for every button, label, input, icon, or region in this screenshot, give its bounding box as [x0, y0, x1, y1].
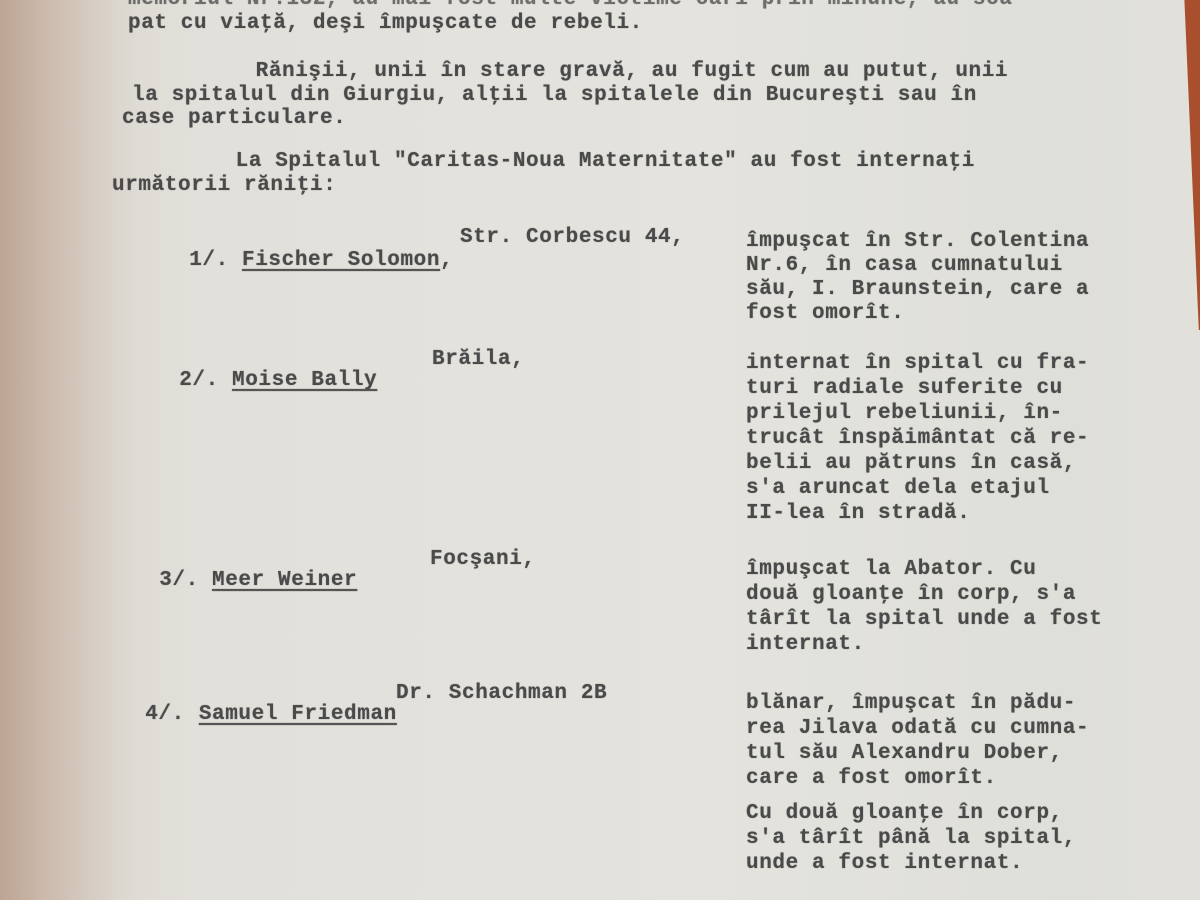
page-shadow	[0, 0, 140, 900]
entry-description-line: care a fost omorît.	[746, 767, 997, 790]
entry-description-line: tul său Alexandru Dober,	[746, 742, 1063, 765]
entry-description-line: împuşcat în Str. Colentina	[746, 230, 1089, 253]
entry-description-line: turi radiale suferite cu	[746, 377, 1063, 400]
entry-description-line: său, I. Braunstein, care a	[746, 278, 1089, 301]
entry-description-line: trucât înspăimântat că re-	[746, 427, 1089, 450]
entry-name: Samuel Friedman	[185, 703, 397, 726]
intro-line: pat cu viaţă, deşi împuşcate de rebeli.	[128, 12, 643, 35]
entry-description-line: belii au pătruns în casă,	[746, 452, 1076, 475]
entry-description-line: blănar, împuşcat în pădu-	[746, 692, 1076, 715]
entry-description-line: unde a fost internat.	[746, 852, 1023, 875]
entry-description-line: s'a târît până la spital,	[746, 827, 1076, 850]
paragraph-line: case particulare.	[122, 107, 346, 130]
entry-address: Dr. Schachman 2B	[396, 682, 607, 705]
entry-number: 4/.	[145, 703, 185, 726]
entry-description-line: târît la spital unde a fost	[746, 608, 1102, 631]
entry-address: Str. Corbescu 44,	[460, 226, 684, 249]
paragraph-line: următorii răniţi:	[112, 174, 336, 197]
entry-description-line: împuşcat la Abator. Cu	[746, 558, 1036, 581]
entry-name: Moise Bally	[232, 369, 377, 392]
entry-description-line: internat.	[746, 633, 865, 656]
table-edge	[1176, 0, 1200, 330]
entry-description-line: s'a aruncat dela etajul	[746, 477, 1050, 500]
entry-description-line: II-lea în stradă.	[746, 502, 970, 525]
entry-number: 1/.	[189, 249, 229, 272]
entry-description-line: două gloanţe în corp, s'a	[746, 583, 1076, 606]
entry-number: 2/.	[179, 369, 219, 392]
entry-number: 3/.	[159, 569, 199, 592]
entry-description-line: Nr.6, în casa cumnatului	[746, 254, 1063, 277]
paragraph-line: la spitalul din Giurgiu, alţii la spital…	[132, 84, 977, 107]
entry-description-line: Cu două gloanţe în corp,	[746, 802, 1063, 825]
entry-address: Focşani,	[430, 548, 536, 571]
entry-description-line: internat în spital cu fra-	[746, 352, 1089, 375]
intro-line: memoriul Nr.132, au mai fost multe victi…	[128, 0, 1026, 11]
paragraph-line: La Spitalul "Caritas-Noua Maternitate" a…	[130, 150, 975, 173]
entry-name: Fischer Solomon	[242, 249, 440, 272]
entry-description-line: rea Jilava odată cu cumna-	[746, 717, 1089, 740]
entry-name: Meer Weiner	[212, 569, 357, 592]
entry-description-line: fost omorît.	[746, 302, 904, 325]
entry-description-line: prilejul rebeliunii, în-	[746, 402, 1063, 425]
paragraph-line: Rănişii, unii în stare gravă, au fugit c…	[150, 60, 1008, 83]
entry-name-suffix: ,	[440, 249, 453, 272]
entry-address: Brăila,	[432, 348, 524, 371]
